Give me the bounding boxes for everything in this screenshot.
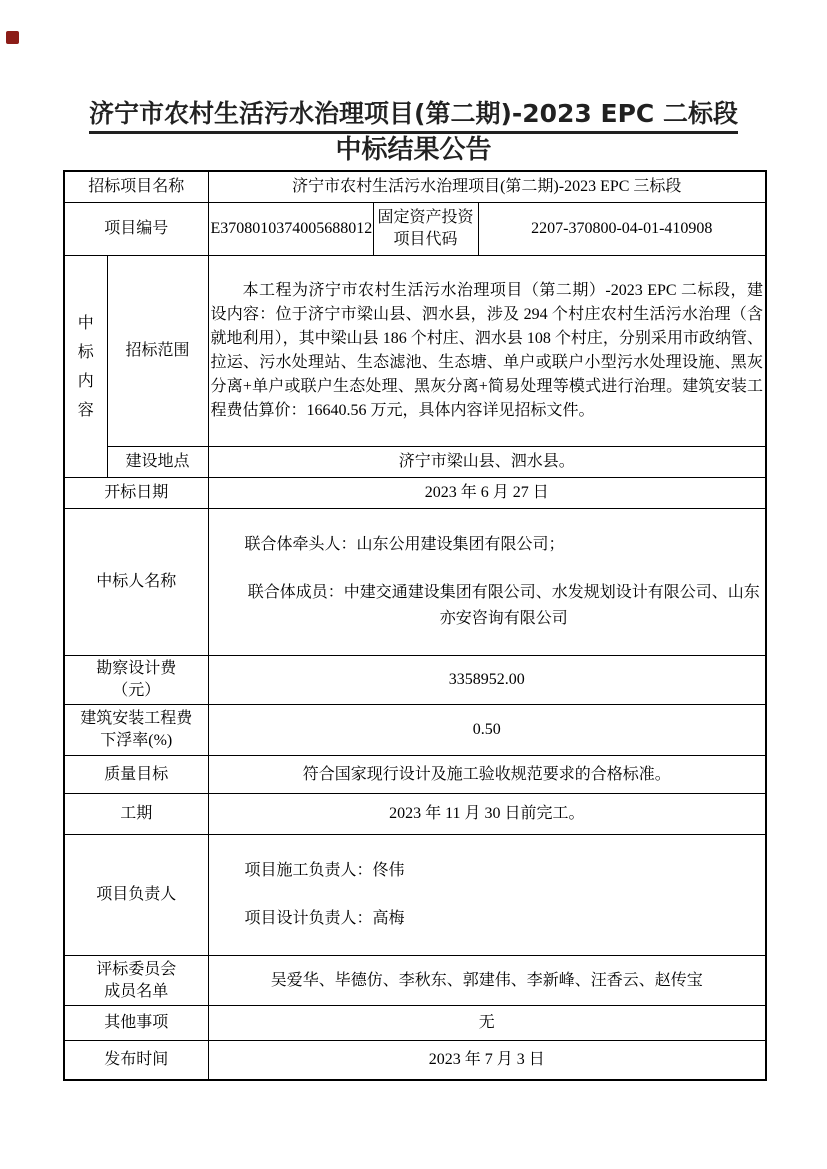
construction-location-value: 济宁市梁山县、泗水县。 <box>208 447 766 478</box>
winner-members-line: 联合体成员：中建交通建设集团有限公司、水发规划设计有限公司、山东亦安咨询有限公司 <box>245 580 764 632</box>
discount-rate-value: 0.50 <box>208 705 766 756</box>
quality-target-label: 质量目标 <box>64 756 208 794</box>
row-construction-period: 工期 2023 年 11 月 30 日前完工。 <box>64 794 766 835</box>
row-publish-date: 发布时间 2023 年 7 月 3 日 <box>64 1041 766 1081</box>
row-project-number: 项目编号 E3708010374005688012 固定资产投资 项目代码 22… <box>64 203 766 256</box>
bid-result-table: 招标项目名称 济宁市农村生活污水治理项目(第二期)-2023 EPC 三标段 项… <box>63 170 767 1081</box>
row-survey-design-fee: 勘察设计费 （元） 3358952.00 <box>64 656 766 705</box>
project-name-value: 济宁市农村生活污水治理项目(第二期)-2023 EPC 三标段 <box>208 171 766 203</box>
document-page: { "doc": { "title_line1": "济宁市农村生活污水治理项目… <box>0 0 827 1169</box>
construction-manager-line: 项目施工负责人：佟伟 <box>245 858 764 884</box>
row-project-managers: 项目负责人 项目施工负责人：佟伟 项目设计负责人：高梅 <box>64 835 766 956</box>
row-bid-scope: 中标内容 招标范围 本工程为济宁市农村生活污水治理项目（第二期）-2023 EP… <box>64 256 766 447</box>
bid-opening-date-label: 开标日期 <box>64 478 208 509</box>
other-matters-label: 其他事项 <box>64 1006 208 1041</box>
publish-date-value: 2023 年 7 月 3 日 <box>208 1041 766 1081</box>
page-corner-marker <box>6 31 19 44</box>
document-header: 济宁市农村生活污水治理项目(第二期)-2023 EPC 二标段 中标结果公告 <box>0 0 827 166</box>
bid-scope-label: 招标范围 <box>107 256 208 447</box>
winner-leader-line: 联合体牵头人：山东公用建设集团有限公司； <box>245 532 764 558</box>
discount-rate-label: 建筑安装工程费 下浮率(%) <box>64 705 208 756</box>
construction-period-value: 2023 年 11 月 30 日前完工。 <box>208 794 766 835</box>
project-managers-value: 项目施工负责人：佟伟 项目设计负责人：高梅 <box>208 835 766 956</box>
document-title-line1: 济宁市农村生活污水治理项目(第二期)-2023 EPC 二标段 <box>0 98 827 129</box>
bid-scope-value: 本工程为济宁市农村生活污水治理项目（第二期）-2023 EPC 二标段，建设内容… <box>208 256 766 447</box>
row-discount-rate: 建筑安装工程费 下浮率(%) 0.50 <box>64 705 766 756</box>
evaluation-committee-value: 吴爱华、毕德仿、李秋东、郭建伟、李新峰、汪香云、赵传宝 <box>208 956 766 1006</box>
project-number-value: E3708010374005688012 <box>208 203 373 256</box>
row-evaluation-committee: 评标委员会 成员名单 吴爱华、毕德仿、李秋东、郭建伟、李新峰、汪香云、赵传宝 <box>64 956 766 1006</box>
document-title-underlined-text: 济宁市农村生活污水治理项目(第二期)-2023 EPC 二标段 <box>89 99 738 134</box>
construction-period-label: 工期 <box>64 794 208 835</box>
row-project-name: 招标项目名称 济宁市农村生活污水治理项目(第二期)-2023 EPC 三标段 <box>64 171 766 203</box>
row-other-matters: 其他事项 无 <box>64 1006 766 1041</box>
project-number-label: 项目编号 <box>64 203 208 256</box>
construction-location-label: 建设地点 <box>107 447 208 478</box>
bid-scope-paragraph: 本工程为济宁市农村生活污水治理项目（第二期）-2023 EPC 二标段，建设内容… <box>211 279 764 423</box>
row-construction-location: 建设地点 济宁市梁山县、泗水县。 <box>64 447 766 478</box>
evaluation-committee-label: 评标委员会 成员名单 <box>64 956 208 1006</box>
row-winner-name: 中标人名称 联合体牵头人：山东公用建设集团有限公司； 联合体成员：中建交通建设集… <box>64 509 766 656</box>
row-quality-target: 质量目标 符合国家现行设计及施工验收规范要求的合格标准。 <box>64 756 766 794</box>
survey-design-fee-value: 3358952.00 <box>208 656 766 705</box>
winner-name-value: 联合体牵头人：山东公用建设集团有限公司； 联合体成员：中建交通建设集团有限公司、… <box>208 509 766 656</box>
other-matters-value: 无 <box>208 1006 766 1041</box>
row-bid-opening-date: 开标日期 2023 年 6 月 27 日 <box>64 478 766 509</box>
quality-target-value: 符合国家现行设计及施工验收规范要求的合格标准。 <box>208 756 766 794</box>
project-name-label: 招标项目名称 <box>64 171 208 203</box>
publish-date-label: 发布时间 <box>64 1041 208 1081</box>
document-title-line2: 中标结果公告 <box>0 136 827 166</box>
investment-code-value: 2207-370800-04-01-410908 <box>478 203 766 256</box>
bid-content-group-label: 中标内容 <box>64 256 107 478</box>
survey-design-fee-label: 勘察设计费 （元） <box>64 656 208 705</box>
bid-content-vertical-text: 中标内容 <box>77 309 94 425</box>
investment-code-label: 固定资产投资 项目代码 <box>373 203 478 256</box>
winner-name-label: 中标人名称 <box>64 509 208 656</box>
design-manager-line: 项目设计负责人：高梅 <box>245 906 764 932</box>
project-managers-label: 项目负责人 <box>64 835 208 956</box>
bid-opening-date-value: 2023 年 6 月 27 日 <box>208 478 766 509</box>
